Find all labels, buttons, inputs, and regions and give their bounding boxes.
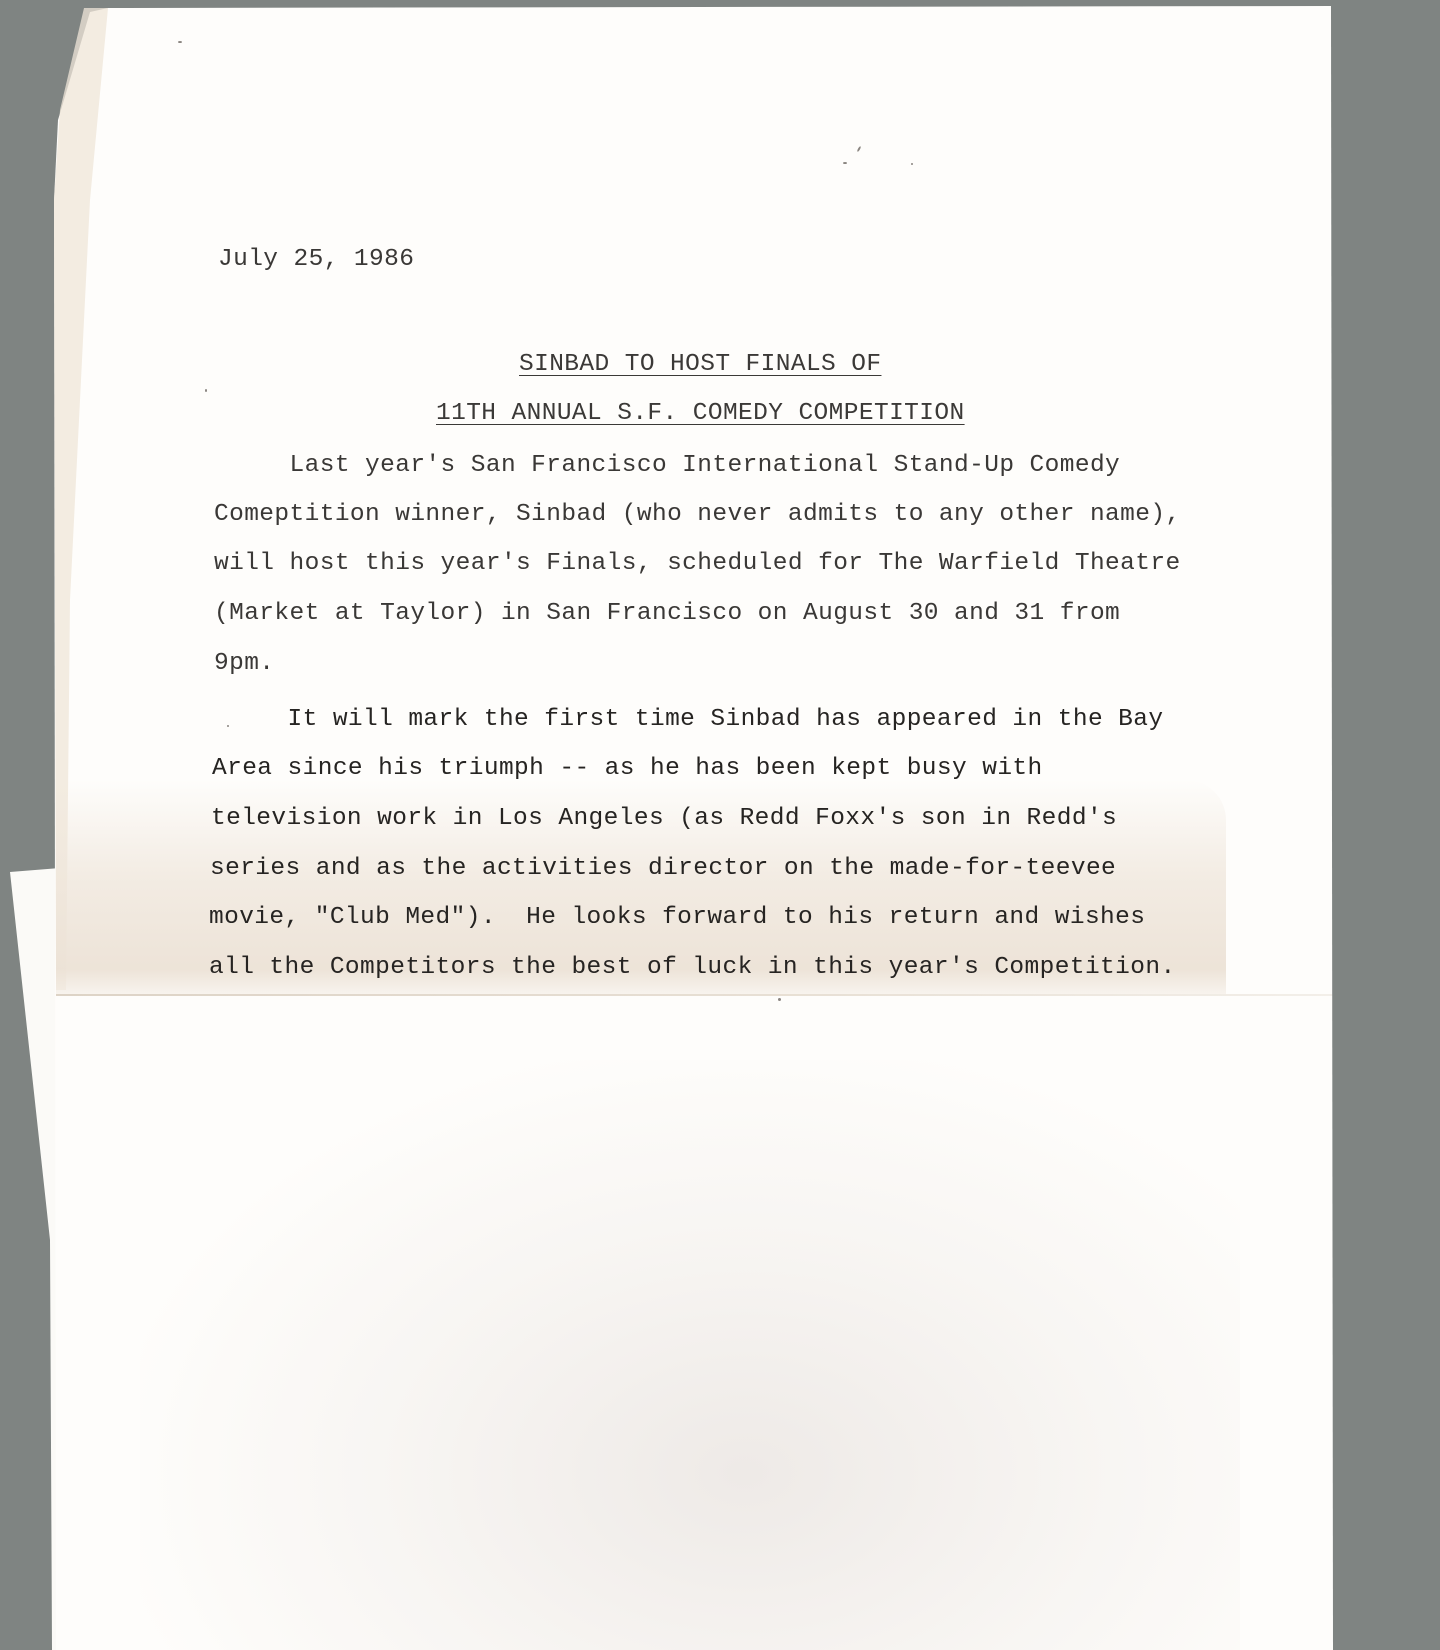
paragraph-line: Comeptition winner, Sinbad (who never ad… (214, 503, 1181, 528)
scan-speck (911, 163, 913, 165)
paragraph-line: Area since his triumph -- as he has been… (212, 757, 1043, 782)
paragraph-line: movie, "Club Med"). He looks forward to … (209, 906, 1145, 931)
paper-fold-crease (56, 994, 1332, 996)
headline-line-2: 11TH ANNUAL S.F. COMEDY COMPETITION (436, 402, 965, 427)
scan-speck (205, 389, 207, 392)
paragraph-line: It will mark the first time Sinbad has a… (212, 708, 1163, 733)
paragraph-line: will host this year's Finals, scheduled … (214, 552, 1181, 577)
scan-smudge (140, 1060, 1240, 1650)
scan-speck (778, 998, 781, 1001)
paragraph-line: Last year's San Francisco International … (214, 454, 1120, 479)
scan-speck (843, 162, 847, 164)
paragraph-line: series and as the activities director on… (210, 857, 1116, 882)
paragraph-line: television work in Los Angeles (as Redd … (211, 807, 1117, 832)
paragraph-line: 9pm. (214, 652, 274, 677)
document-date: July 25, 1986 (218, 248, 414, 273)
scan-speck (178, 41, 182, 43)
headline-line-1: SINBAD TO HOST FINALS OF (519, 353, 881, 378)
paragraph-line: all the Competitors the best of luck in … (209, 956, 1176, 981)
paragraph-line: (Market at Taylor) in San Francisco on A… (214, 602, 1120, 627)
